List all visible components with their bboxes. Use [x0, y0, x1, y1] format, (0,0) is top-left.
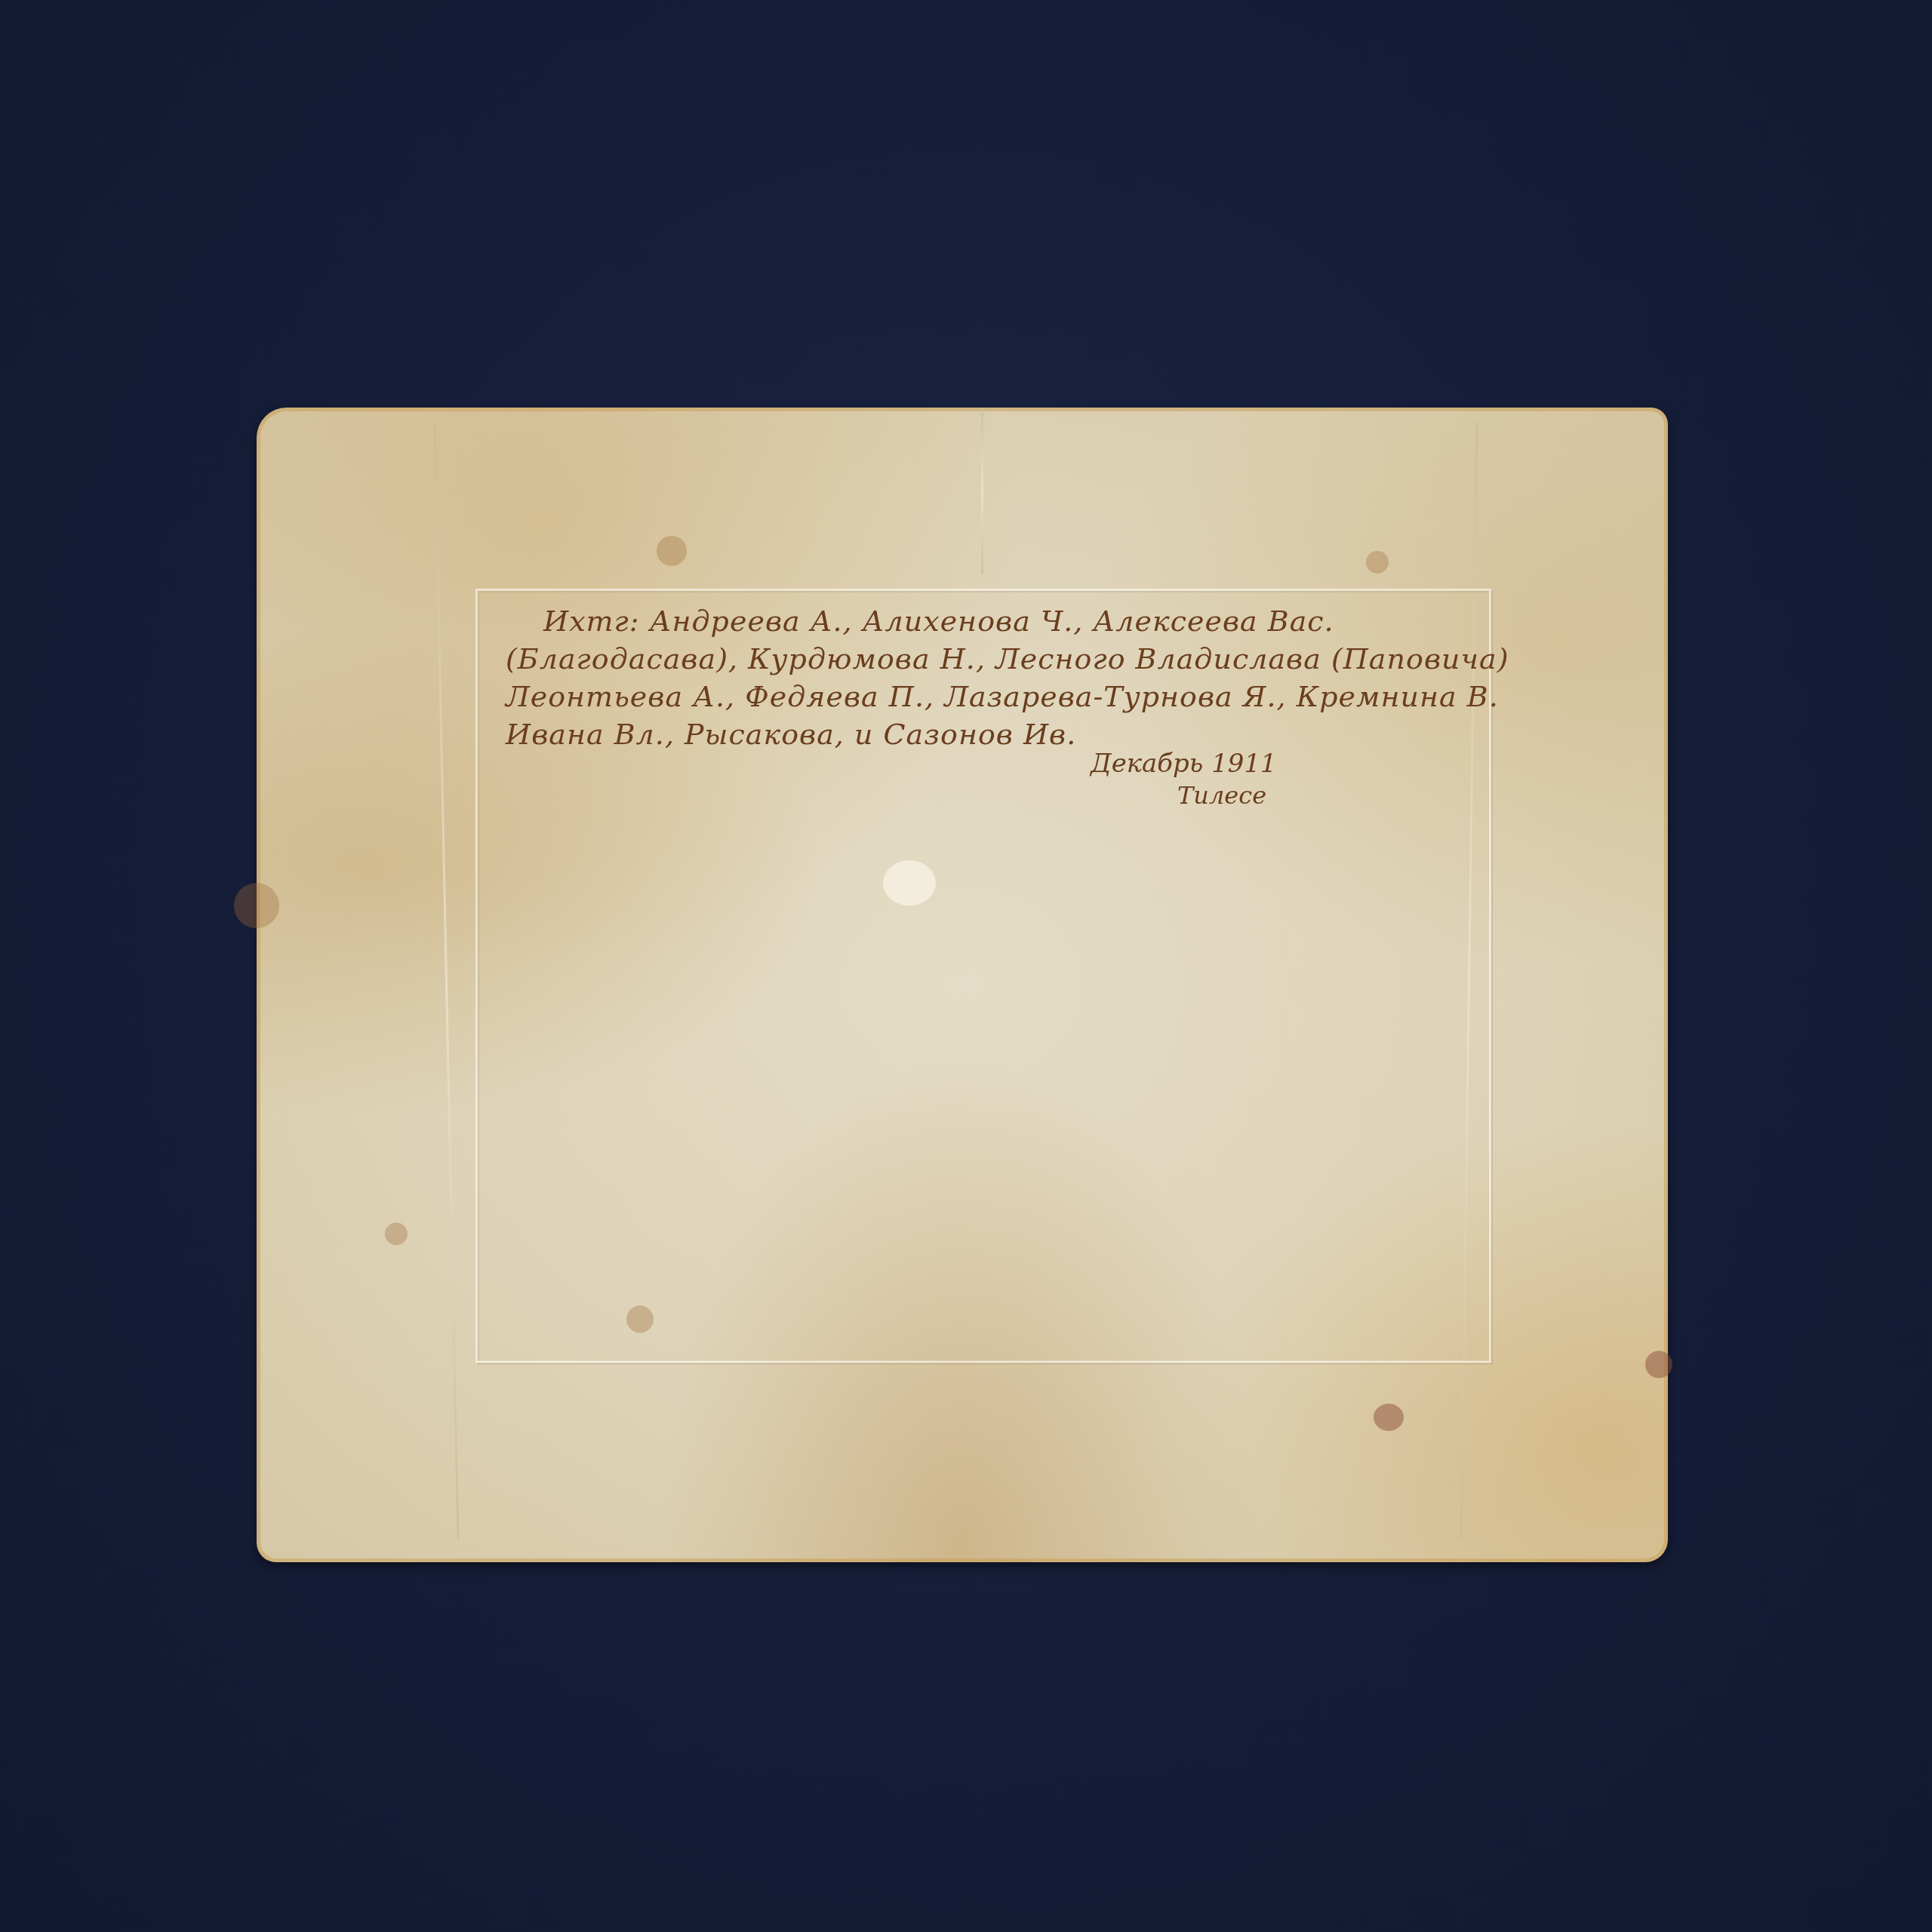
inscription-signature: Тилесе	[1177, 781, 1266, 810]
crease-left	[434, 423, 460, 1540]
inscription-line: Ихтг: Андреева А., Алихенова Ч., Алексее…	[506, 602, 1472, 640]
stain	[657, 536, 687, 566]
stain	[1645, 1351, 1672, 1378]
inscription-line: Леонтьева А., Федяева П., Лазарева-Турно…	[506, 678, 1472, 715]
stain	[385, 1223, 408, 1245]
crease-top	[981, 408, 983, 574]
inscription-line: (Благодасава), Курдюмова Н., Лесного Вла…	[506, 640, 1472, 678]
inscription-line: Ивана Вл., Рысакова, и Сазонов Ив.	[506, 715, 1472, 753]
handwritten-inscription: Ихтг: Андреева А., Алихенова Ч., Алексее…	[506, 602, 1472, 753]
stain	[234, 883, 279, 928]
antique-photo-card-back: Ихтг: Андреева А., Алихенова Ч., Алексее…	[257, 408, 1668, 1562]
stain	[1374, 1404, 1404, 1431]
stain	[1366, 551, 1389, 574]
inscription-date: Декабрь 1911	[1091, 749, 1277, 779]
